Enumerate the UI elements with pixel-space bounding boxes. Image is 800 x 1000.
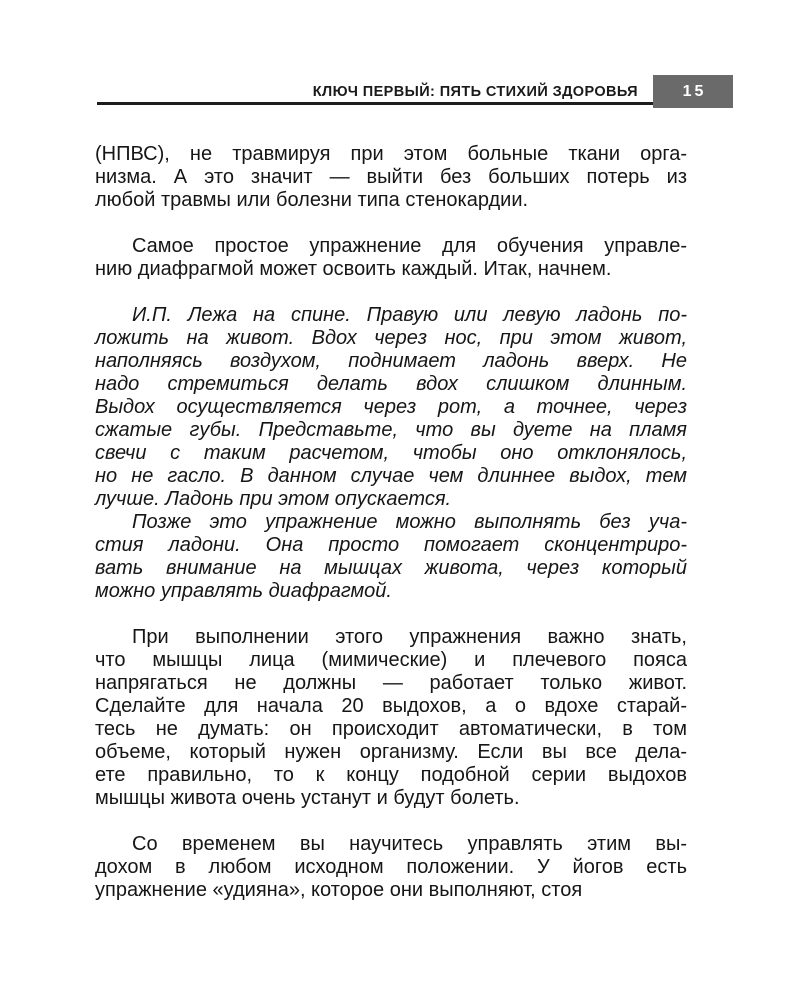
text-line: И.П. Лежа на спине. Правую или левую лад… [95,304,687,327]
paragraph: (НПВС), не травмируя при этом больные тк… [95,143,687,212]
text-line: объеме, который нужен организму. Если вы… [95,741,687,764]
text-line: свечи с таким расчетом, чтобы оно отклон… [95,442,687,465]
text-line: напрягаться не должны — работает только … [95,672,687,695]
text-line: сжатые губы. Представьте, что вы дуете н… [95,419,687,442]
header-rule [97,102,653,105]
chapter-header-title: КЛЮЧ ПЕРВЫЙ: ПЯТЬ СТИХИЙ ЗДОРОВЬЯ [313,84,638,100]
paragraph: Со временем вы научитесь управлять этим … [95,833,687,902]
text-line: мышцы живота очень устанут и будут болет… [95,787,687,810]
text-line: тесь не думать: он происходит автоматиче… [95,718,687,741]
page-number: 15 [680,83,707,101]
text-line: Выдох осуществляется через рот, а точнее… [95,396,687,419]
text-line: но не гасло. В данном случае чем длиннее… [95,465,687,488]
text-line: наполняясь воздухом, поднимает ладонь вв… [95,350,687,373]
text-line: любой травмы или болезни типа стенокарди… [95,189,687,212]
text-line: низма. А это значит — выйти без больших … [95,166,687,189]
text-line: ете правильно, то к концу подобной серии… [95,764,687,787]
paragraph: Позже это упражнение можно выполнять без… [95,511,687,603]
text-line: упражнение «удияна», которое они выполня… [95,879,687,902]
running-header: КЛЮЧ ПЕРВЫЙ: ПЯТЬ СТИХИЙ ЗДОРОВЬЯ 15 [97,75,733,108]
text-line: (НПВС), не травмируя при этом больные тк… [95,143,687,166]
text-line: лучше. Ладонь при этом опускается. [95,488,687,511]
text-line: дохом в любом исходном положении. У його… [95,856,687,879]
paragraph: При выполнении этого упражнения важно зн… [95,626,687,810]
text-line: Сделайте для начала 20 выдохов, а о вдох… [95,695,687,718]
text-line: Со временем вы научитесь управлять этим … [95,833,687,856]
text-line: Самое простое упражнение для обучения уп… [95,235,687,258]
text-line: надо стремиться делать вдох слишком длин… [95,373,687,396]
text-line: Позже это упражнение можно выполнять без… [95,511,687,534]
book-page: КЛЮЧ ПЕРВЫЙ: ПЯТЬ СТИХИЙ ЗДОРОВЬЯ 15 (НП… [0,0,800,1000]
text-line: При выполнении этого упражнения важно зн… [95,626,687,649]
text-line: можно управлять диафрагмой. [95,580,687,603]
text-line: вать внимание на мышцах живота, через ко… [95,557,687,580]
text-line: ложить на живот. Вдох через нос, при это… [95,327,687,350]
text-line: что мышцы лица (мимические) и плечевого … [95,649,687,672]
text-line: стия ладони. Она просто помогает сконцен… [95,534,687,557]
body-text: (НПВС), не травмируя при этом больные тк… [95,143,687,902]
paragraph: И.П. Лежа на спине. Правую или левую лад… [95,304,687,511]
text-line: нию диафрагмой может освоить каждый. Ита… [95,258,687,281]
paragraph: Самое простое упражнение для обучения уп… [95,235,687,281]
page-number-box: 15 [653,75,733,108]
